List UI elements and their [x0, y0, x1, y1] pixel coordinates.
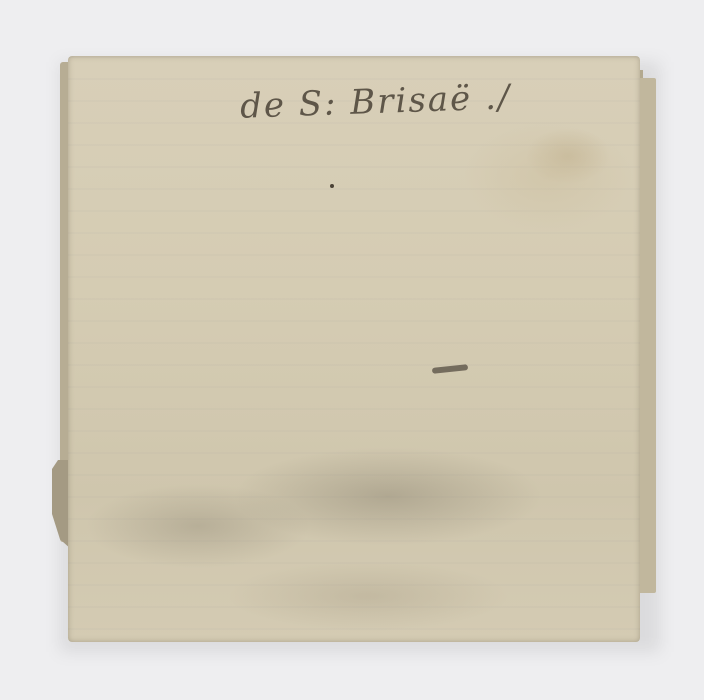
folded-letter [68, 56, 640, 642]
ink-dot [330, 184, 334, 188]
